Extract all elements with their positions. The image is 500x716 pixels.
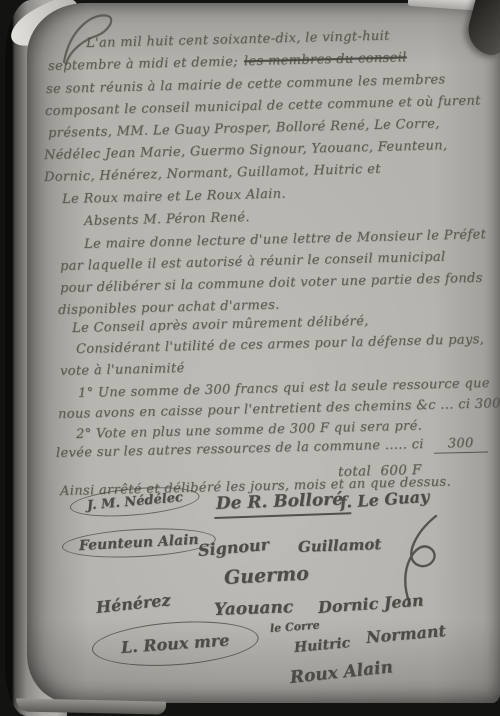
signature-guillamot: Guillamot xyxy=(298,535,382,556)
signature-text: Guermo xyxy=(223,563,309,589)
amount-300: 300 xyxy=(434,435,488,453)
line-text: vote à l'unanimité xyxy=(60,361,185,379)
manuscript-photo: L'an mil huit cent soixante-dix, le ving… xyxy=(0,0,500,716)
signature-text: Guillamot xyxy=(298,535,382,556)
manuscript-line: vote à l'unanimité xyxy=(60,361,185,379)
signature-text: De R. Bolloré xyxy=(216,489,344,513)
signature-text: J. M. Nédélec xyxy=(86,490,183,513)
signature-guermo: Guermo xyxy=(223,563,309,589)
signature-bollore: De R. Bolloré xyxy=(214,489,352,519)
signature-text: L. Roux mre xyxy=(120,630,230,657)
signature-text: Yaouanc xyxy=(214,597,294,620)
signature-text: Feunteun Alain xyxy=(79,532,199,554)
signature-yaouanc: Yaouanc xyxy=(214,597,294,620)
